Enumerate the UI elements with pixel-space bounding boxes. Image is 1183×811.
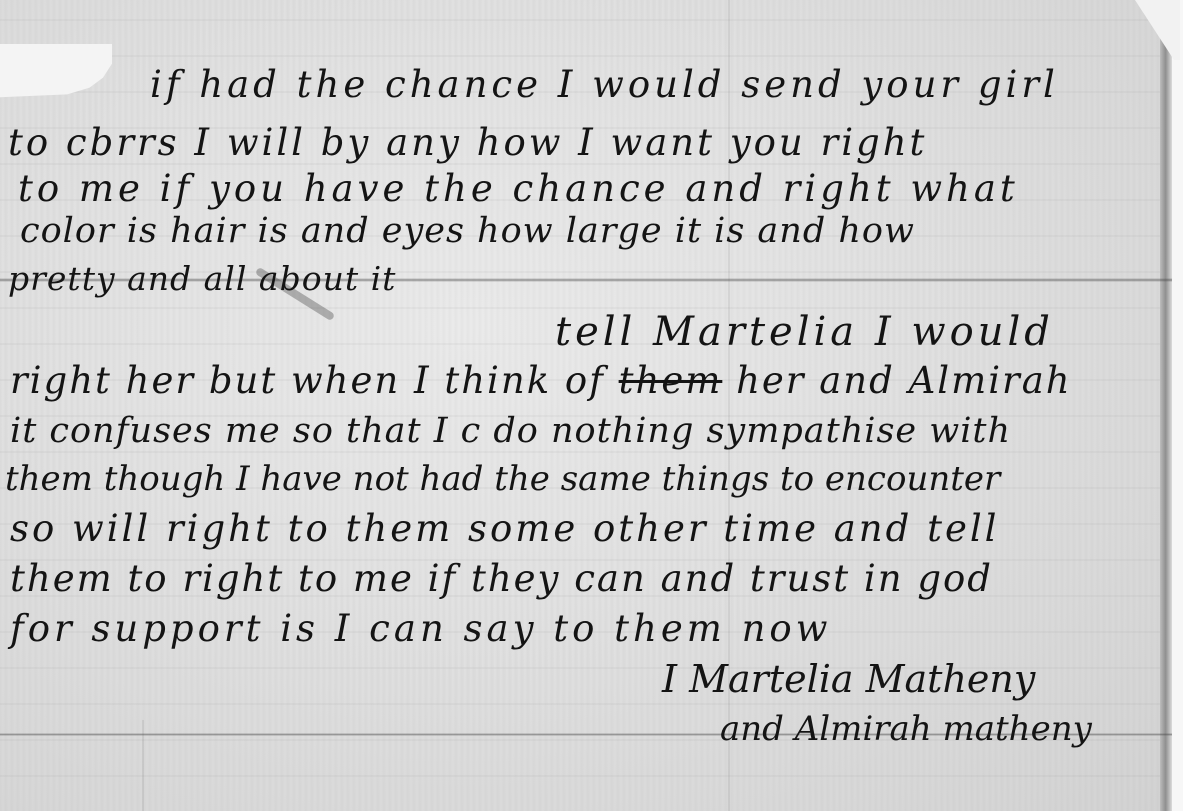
letter-line: it confuses me so that I c do nothing sy… — [10, 414, 1011, 449]
letter-line: them to right to me if they can and trus… — [10, 560, 993, 597]
letter-text: her and Almirah — [722, 359, 1071, 402]
signature-martelia: I Martelia Matheny — [662, 660, 1035, 698]
letter-line: to me if you have the chance and right w… — [18, 170, 1019, 207]
letter-line: right her but when I think of them her a… — [10, 362, 1072, 399]
letter-line: if had the chance I would send your girl — [150, 66, 1059, 103]
letter-line: pretty and all about it — [8, 262, 396, 295]
scan-margin — [1172, 0, 1183, 811]
letter-text: right her but when I think of — [10, 359, 619, 402]
letter-line: tell Martelia I would — [555, 312, 1054, 352]
letter-line: them though I have not had the same thin… — [5, 462, 1000, 496]
struck-out-word: them — [619, 359, 723, 402]
letter-line: so will right to them some other time an… — [10, 510, 1000, 547]
letter-line: to cbrrs I will by any how I want you ri… — [8, 124, 927, 161]
vertical-fold — [142, 720, 144, 811]
letter-line: for support is I can say to them now — [10, 610, 831, 647]
signature-almirah: and Almirah matheny — [720, 712, 1092, 746]
letter-line: color is hair is and eyes how large it i… — [20, 214, 915, 249]
